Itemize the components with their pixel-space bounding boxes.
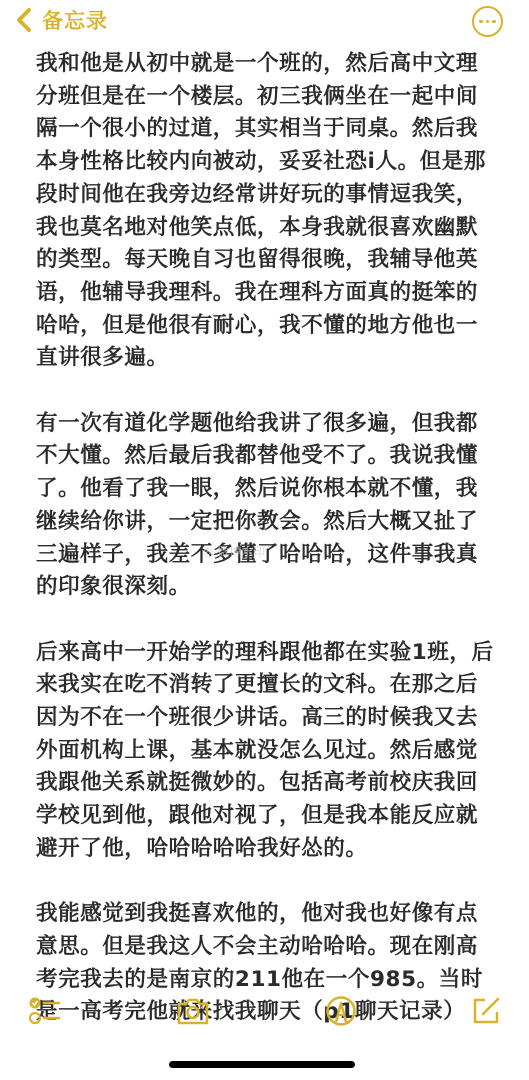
camera-button[interactable] (175, 993, 211, 1029)
camera-icon (175, 993, 211, 1029)
watermark: ◎ 微博水印 (203, 543, 265, 560)
checklist-icon (26, 993, 62, 1029)
dot (492, 20, 496, 24)
markup-pen-icon (323, 993, 359, 1029)
back-button[interactable]: 备忘录 (14, 4, 108, 36)
home-indicator[interactable] (169, 1061, 355, 1068)
dot (486, 20, 490, 24)
back-label: 备忘录 (42, 5, 108, 35)
more-options-button[interactable] (472, 6, 503, 37)
markup-button[interactable] (323, 993, 359, 1029)
chevron-left-icon (14, 8, 34, 32)
navigation-bar: 备忘录 (0, 0, 529, 44)
note-paragraph-3: 后来高中一开始学的理科跟他都在实验1班，后 来我实在吃不消转了更擅长的文科。在那… (36, 637, 506, 866)
compose-button[interactable] (468, 993, 504, 1029)
compose-icon (468, 993, 504, 1029)
note-body[interactable]: 我和他是从初中就是一个班的，然后高中文理 分班但是在一个楼层。初三我俩坐在一起中… (36, 48, 506, 1029)
dot (479, 20, 483, 24)
note-paragraph-2: 有一次有道化学题他给我讲了很多遍，但我都 不大懂。然后最后我都替他受不了。我说我… (36, 408, 506, 604)
checklist-button[interactable] (26, 993, 62, 1029)
note-paragraph-1: 我和他是从初中就是一个班的，然后高中文理 分班但是在一个楼层。初三我俩坐在一起中… (36, 48, 506, 375)
bottom-toolbar (0, 985, 529, 1035)
